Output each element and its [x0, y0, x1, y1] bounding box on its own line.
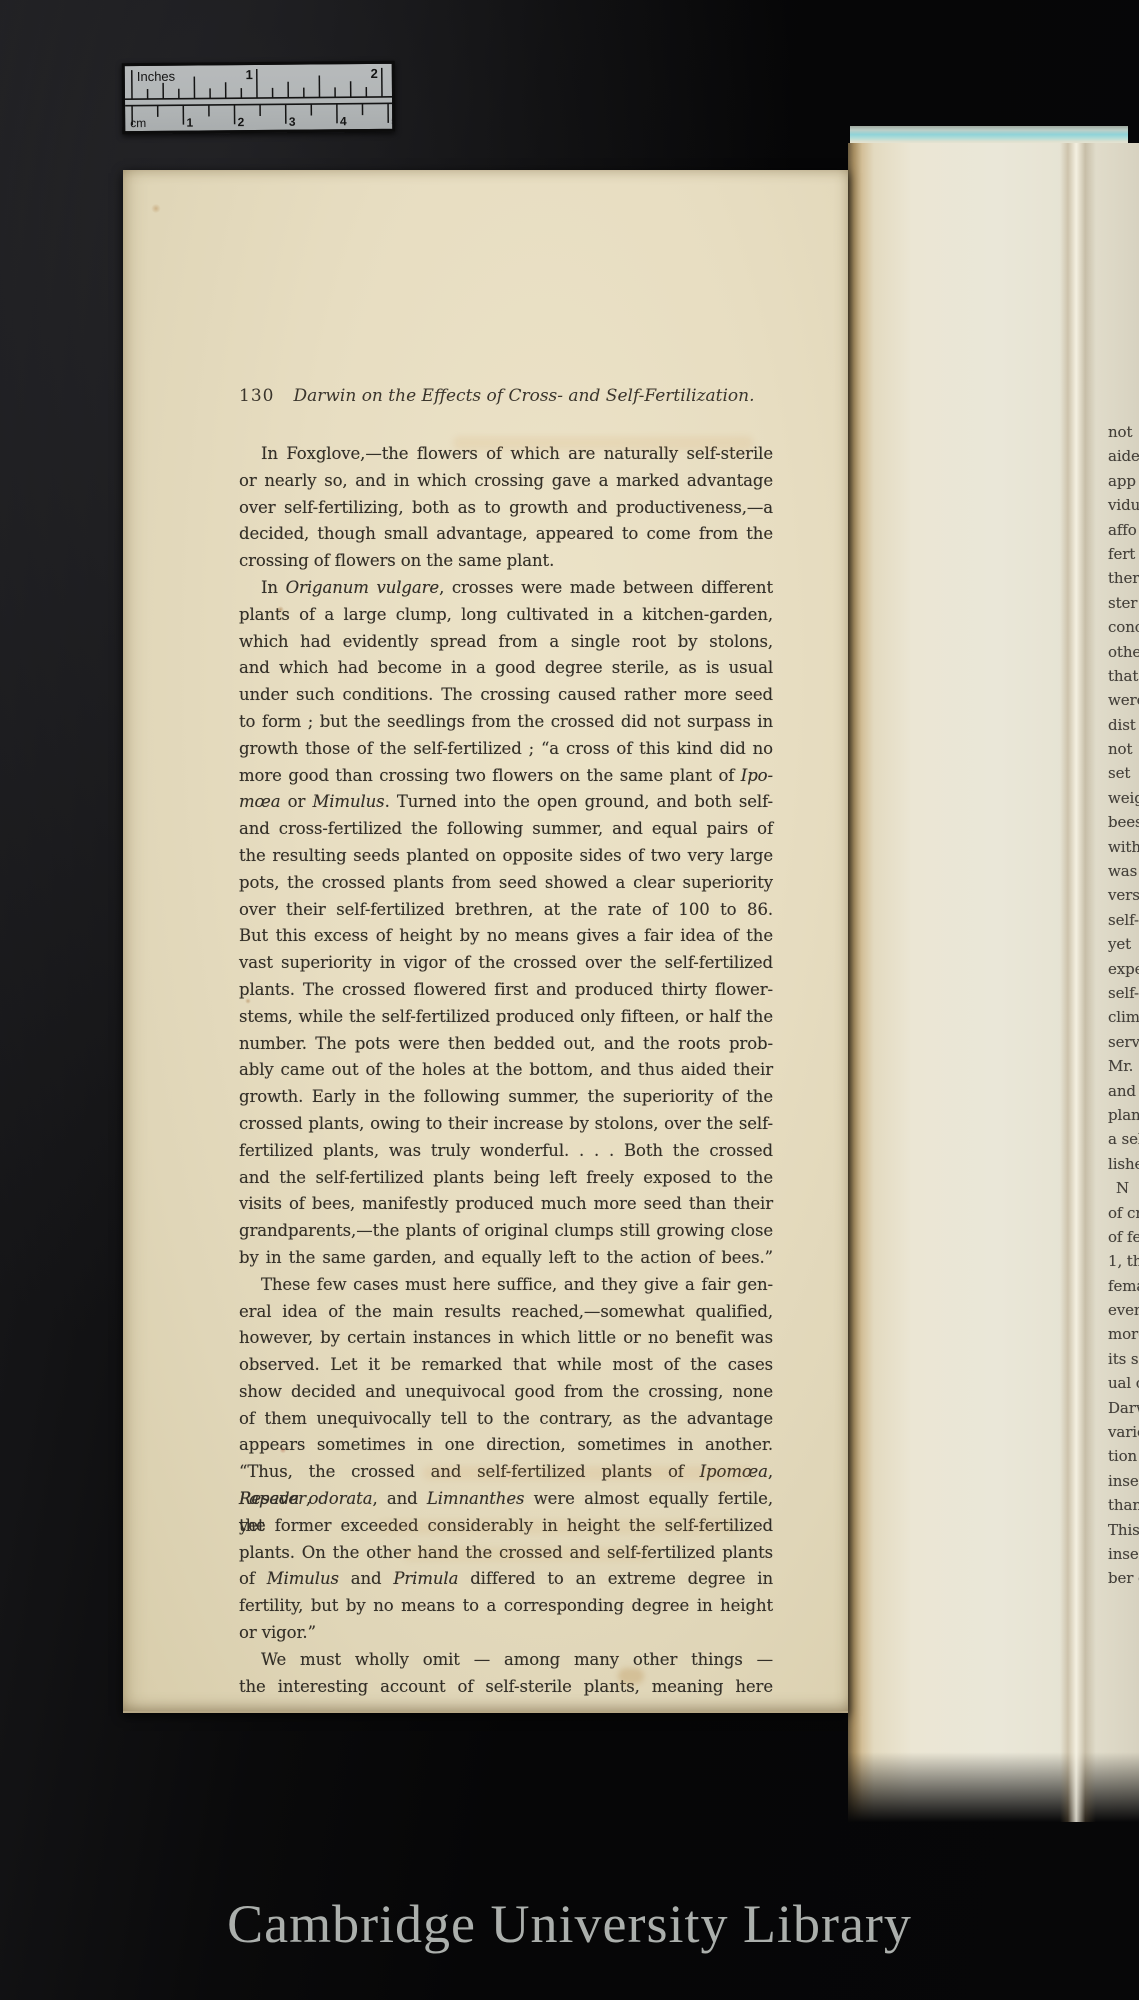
facing-text-fragment: dist: [1108, 713, 1139, 737]
measuring-ruler: Inches cm 12 12345: [122, 61, 396, 134]
text-line: We must wholly omit — among many other t…: [239, 1647, 773, 1674]
facing-text-fragment: vers: [1108, 883, 1139, 907]
text-line: crossing of flowers on the same plant.: [239, 548, 773, 575]
text-line: These few cases must here suffice, and t…: [239, 1272, 773, 1299]
facing-text-fragment: that: [1108, 664, 1139, 688]
text-line: or nearly so, and in which crossing gave…: [239, 468, 773, 495]
facing-text-fragment: fema: [1108, 1274, 1139, 1298]
page-number: 130: [239, 386, 274, 406]
facing-text-fragment: even: [1108, 1298, 1139, 1322]
facing-text-fragment: weig: [1108, 786, 1139, 810]
facing-text-fragment: were: [1108, 688, 1139, 712]
facing-text-fragment: ual o: [1108, 1371, 1139, 1395]
text-line: appears sometimes in one direction, some…: [239, 1432, 773, 1459]
text-line: more good than crossing two flowers on t…: [239, 763, 773, 790]
facing-text-fragment: not: [1108, 737, 1139, 761]
ruler-cm-number: 1: [186, 116, 193, 130]
ruler-cm-number: 2: [238, 115, 245, 129]
facing-text-fragment: Darw: [1108, 1396, 1139, 1420]
text-line: growth. Early in the following summer, t…: [239, 1084, 773, 1111]
text-line: Reseda odorata, and Limnanthes were almo…: [239, 1486, 773, 1513]
page-text: In Foxglove,—the flowers of which are na…: [239, 441, 773, 1700]
text-line: crossed plants, owing to their increase …: [239, 1111, 773, 1138]
facing-page-text-fragments: notaideappviduaffofertthersterconcotheth…: [1108, 420, 1139, 1591]
facing-text-fragment: self-: [1108, 908, 1139, 932]
text-line: of Mimulus and Primula differed to an ex…: [239, 1566, 773, 1593]
text-line: and which had become in a good degree st…: [239, 655, 773, 682]
text-line: over their self-fertilized brethren, at …: [239, 897, 773, 924]
facing-text-fragment: not: [1108, 420, 1139, 444]
text-line: stems, while the self-fertilized produce…: [239, 1004, 773, 1031]
ruler-cm-number: 3: [289, 115, 296, 129]
page-edge-crease: [1060, 143, 1096, 1822]
text-line: and the self-fertilized plants being lef…: [239, 1165, 773, 1192]
text-line: plants. On the other hand the crossed an…: [239, 1540, 773, 1567]
text-line: observed. Let it be remarked that while …: [239, 1352, 773, 1379]
facing-text-fragment: fert: [1108, 542, 1139, 566]
facing-text-fragment: bees: [1108, 810, 1139, 834]
text-line: In Foxglove,—the flowers of which are na…: [239, 441, 773, 468]
facing-text-fragment: more: [1108, 1322, 1139, 1346]
facing-text-fragment: yet: [1108, 932, 1139, 956]
facing-text-fragment: its s: [1108, 1347, 1139, 1371]
text-line: mœa or Mimulus. Turned into the open gro…: [239, 789, 773, 816]
ruler-scale: Inches cm 12 12345: [125, 64, 393, 131]
facing-text-fragment: and: [1108, 1079, 1139, 1103]
text-line: But this excess of height by no means gi…: [239, 923, 773, 950]
facing-text-fragment: Mr.: [1108, 1054, 1139, 1078]
facing-text-fragment: plan: [1108, 1103, 1139, 1127]
foxing-spot: [151, 204, 161, 213]
text-line: pots, the crossed plants from seed showe…: [239, 870, 773, 897]
ruler-inch-number: 2: [370, 66, 377, 81]
text-line: show decided and unequivocal good from t…: [239, 1379, 773, 1406]
text-line: over self-fertilizing, both as to growth…: [239, 495, 773, 522]
facing-text-fragment: affo: [1108, 518, 1139, 542]
facing-text-fragment: insec: [1108, 1542, 1139, 1566]
text-line: decided, though small advantage, appeare…: [239, 521, 773, 548]
running-title: Darwin on the Effects of Cross- and Self…: [275, 386, 773, 406]
facing-text-fragment: ther: [1108, 566, 1139, 590]
text-line: under such conditions. The crossing caus…: [239, 682, 773, 709]
facing-text-fragment: with: [1108, 835, 1139, 859]
page-header: 130 Darwin on the Effects of Cross- and …: [239, 386, 773, 410]
facing-text-fragment: serv: [1108, 1030, 1139, 1054]
text-line: In Origanum vulgare, crosses were made b…: [239, 575, 773, 602]
facing-text-fragment: a sel: [1108, 1127, 1139, 1151]
text-line: to form ; but the seedlings from the cro…: [239, 709, 773, 736]
facing-text-fragment: aide: [1108, 444, 1139, 468]
facing-text-fragment: insec: [1108, 1469, 1139, 1493]
text-line: growth those of the self-fertilized ; “a…: [239, 736, 773, 763]
ruler-inches-label: Inches: [137, 69, 176, 84]
text-line: the resulting seeds planted on opposite …: [239, 843, 773, 870]
facing-text-fragment: self-: [1108, 981, 1139, 1005]
facing-text-fragment: N: [1108, 1176, 1139, 1200]
ruler-cm-label: cm: [130, 116, 146, 130]
text-line: of them unequivocally tell to the contra…: [239, 1406, 773, 1433]
facing-text-fragment: This: [1108, 1518, 1139, 1542]
facing-text-fragment: othe: [1108, 640, 1139, 664]
ruler-cm-number: 5: [391, 114, 392, 128]
text-line: by in the same garden, and equally left …: [239, 1245, 773, 1272]
facing-text-fragment: than: [1108, 1493, 1139, 1517]
text-line: ably came out of the holes at the bottom…: [239, 1057, 773, 1084]
text-line: number. The pots were then bedded out, a…: [239, 1031, 773, 1058]
text-line: the former exceeded considerably in heig…: [239, 1513, 773, 1540]
facing-text-fragment: vario: [1108, 1420, 1139, 1444]
facing-text-fragment: app: [1108, 469, 1139, 493]
facing-text-fragment: conc: [1108, 615, 1139, 639]
facing-text-fragment: of fe: [1108, 1225, 1139, 1249]
facing-text-fragment: expe: [1108, 957, 1139, 981]
library-watermark: Cambridge University Library: [0, 1893, 1139, 1955]
text-line: grandparents,—the plants of original clu…: [239, 1218, 773, 1245]
text-line: which had evidently spread from a single…: [239, 629, 773, 656]
text-line: fertility, but by no means to a correspo…: [239, 1593, 773, 1620]
text-line: and cross-fertilized the following summe…: [239, 816, 773, 843]
facing-text-fragment: clim: [1108, 1005, 1139, 1029]
ruler-cm-number: 4: [340, 114, 347, 128]
facing-text-fragment: set: [1108, 761, 1139, 785]
facing-text-fragment: 1, th: [1108, 1249, 1139, 1273]
text-line: the interesting account of self-sterile …: [239, 1674, 773, 1701]
facing-text-fragment: ber o: [1108, 1566, 1139, 1590]
facing-text-fragment: of cr: [1108, 1201, 1139, 1225]
text-line: however, by certain instances in which l…: [239, 1325, 773, 1352]
text-line: “Thus, the crossed and self-fertilized p…: [239, 1459, 773, 1486]
facing-text-fragment: tion: [1108, 1444, 1139, 1468]
facing-text-fragment: ster: [1108, 591, 1139, 615]
text-line: eral idea of the main results reached,—s…: [239, 1299, 773, 1326]
book-page: 130 Darwin on the Effects of Cross- and …: [123, 170, 848, 1713]
facing-text-fragment: was: [1108, 859, 1139, 883]
text-line: fertilized plants, was truly wonderful. …: [239, 1138, 773, 1165]
ruler-inch-number: 1: [245, 67, 252, 82]
facing-text-fragment: lishe: [1108, 1152, 1139, 1176]
text-line: vast superiority in vigor of the crossed…: [239, 950, 773, 977]
facing-text-fragment: vidu: [1108, 493, 1139, 517]
text-line: visits of bees, manifestly produced much…: [239, 1191, 773, 1218]
text-line: or vigor.”: [239, 1620, 773, 1647]
text-line: plants of a large clump, long cultivated…: [239, 602, 773, 629]
text-line: plants. The crossed flowered first and p…: [239, 977, 773, 1004]
